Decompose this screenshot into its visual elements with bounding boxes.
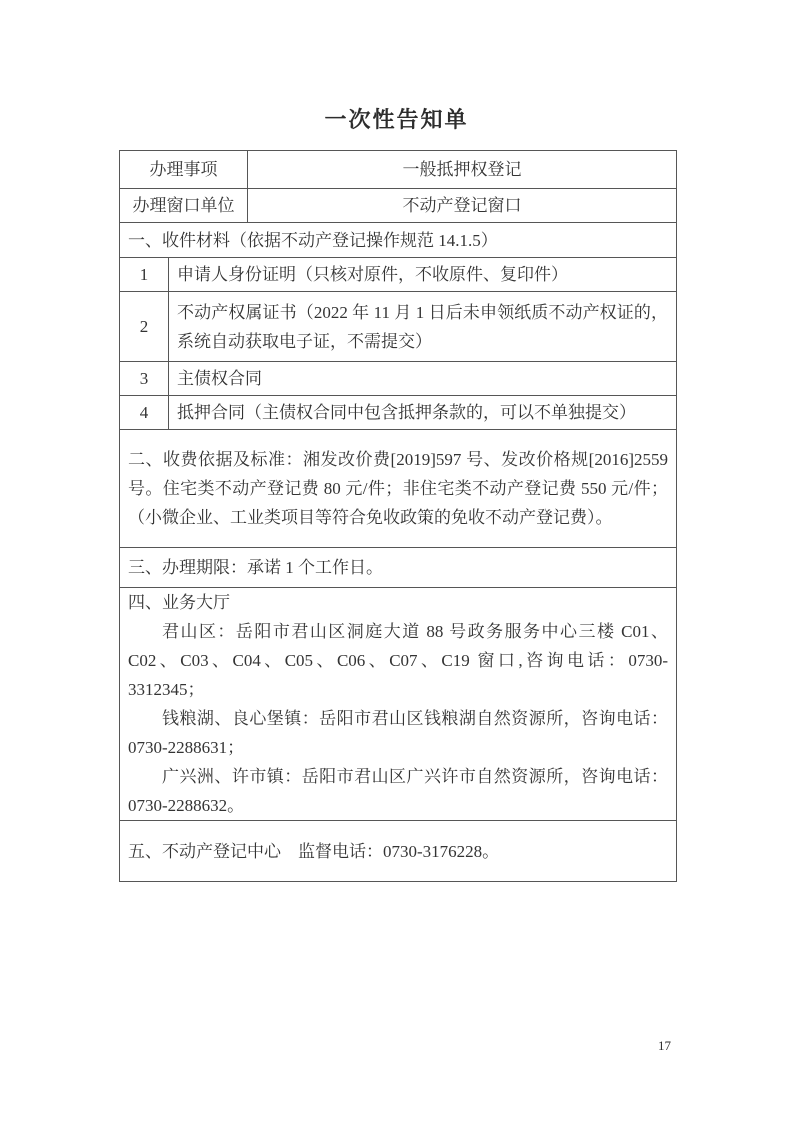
window-unit-value: 不动产登记窗口 [248,189,677,223]
table-row-material-1: 1 申请人身份证明（只核对原件，不收原件、复印件） [120,258,677,292]
table-row-material-2: 2 不动产权属证书（2022 年 11 月 1 日后未申领纸质不动产权证的，系统… [120,292,677,362]
window-unit-label: 办理窗口单位 [120,189,248,223]
page-number: 17 [658,1038,671,1054]
section1-header: 一、收件材料（依据不动产登记操作规范 14.1.5） [120,223,677,258]
section4-hall-cell: 四、业务大厅 君山区：岳阳市君山区洞庭大道 88 号政务服务中心三楼 C01、C… [120,588,677,821]
table-row-section1-header: 一、收件材料（依据不动产登记操作规范 14.1.5） [120,223,677,258]
table-row-material-4: 4 抵押合同（主债权合同中包含抵押条款的，可以不单独提交） [120,396,677,430]
table-row-section2: 二、收费依据及标准：湘发改价费[2019]597 号、发改价格规[2016]25… [120,430,677,548]
material-3-number: 3 [120,362,169,396]
table-row-material-3: 3 主债权合同 [120,362,677,396]
table-row-section3: 三、办理期限：承诺 1 个工作日。 [120,548,677,588]
matter-value: 一般抵押权登记 [248,151,677,189]
table-row-window-unit: 办理窗口单位 不动产登记窗口 [120,189,677,223]
page-title: 一次性告知单 [0,103,793,134]
section3-deadline-text: 三、办理期限：承诺 1 个工作日。 [120,548,677,588]
material-4-number: 4 [120,396,169,430]
material-1-text: 申请人身份证明（只核对原件，不收原件、复印件） [169,258,677,292]
section5-supervision-text: 五、不动产登记中心 监督电话：0730-3176228。 [120,821,677,882]
table-row-section4: 四、业务大厅 君山区：岳阳市君山区洞庭大道 88 号政务服务中心三楼 C01、C… [120,588,677,821]
table-row-matter: 办理事项 一般抵押权登记 [120,151,677,189]
section4-paragraph-qianlianghu: 钱粮湖、良心堡镇：岳阳市君山区钱粮湖自然资源所，咨询电话：0730-228863… [128,704,668,762]
document-page: 一次性告知单 办理事项 一般抵押权登记 办理窗口单位 不动产登记窗口 一、收件材… [0,0,793,1122]
material-2-number: 2 [120,292,169,362]
matter-label: 办理事项 [120,151,248,189]
section4-paragraph-junshan: 君山区：岳阳市君山区洞庭大道 88 号政务服务中心三楼 C01、C02、C03、… [128,617,668,704]
table-row-section5: 五、不动产登记中心 监督电话：0730-3176228。 [120,821,677,882]
section2-fees-text: 二、收费依据及标准：湘发改价费[2019]597 号、发改价格规[2016]25… [120,430,677,548]
material-2-text: 不动产权属证书（2022 年 11 月 1 日后未申领纸质不动产权证的，系统自动… [169,292,677,362]
section4-header: 四、业务大厅 [128,588,668,617]
notice-table: 办理事项 一般抵押权登记 办理窗口单位 不动产登记窗口 一、收件材料（依据不动产… [119,150,677,882]
section4-paragraph-guangxingzhou: 广兴洲、许市镇：岳阳市君山区广兴许市自然资源所，咨询电话：0730-228863… [128,762,668,820]
material-3-text: 主债权合同 [169,362,677,396]
material-4-text: 抵押合同（主债权合同中包含抵押条款的，可以不单独提交） [169,396,677,430]
material-1-number: 1 [120,258,169,292]
